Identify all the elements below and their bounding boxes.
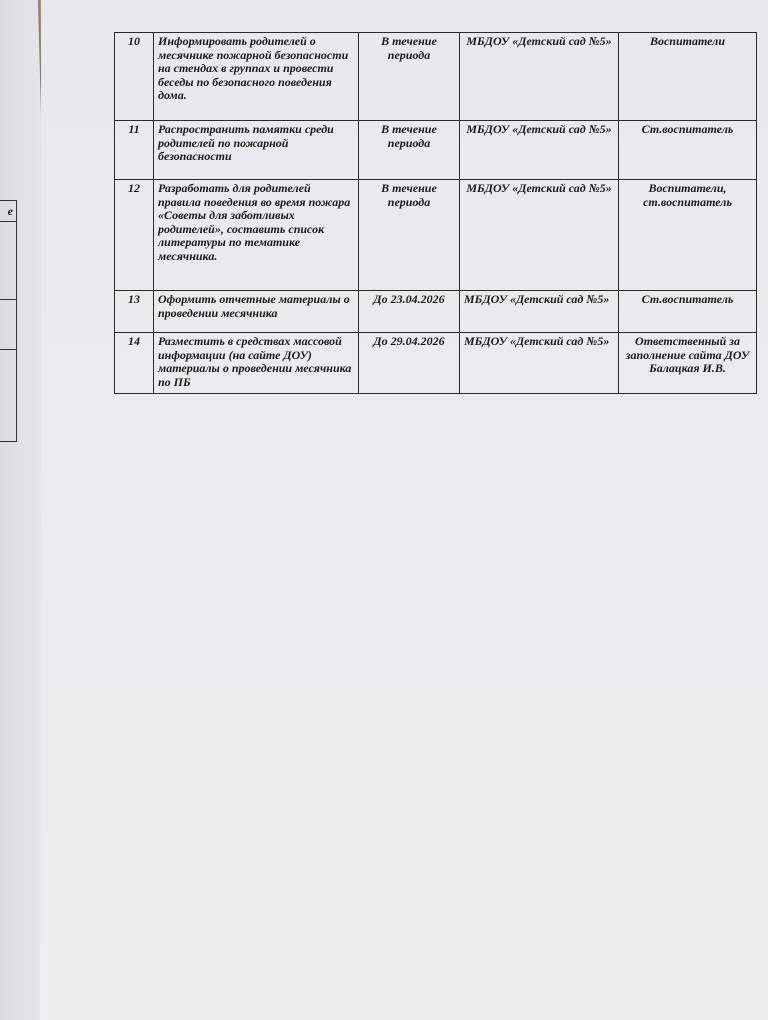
task-cell: Информировать родителей о месячнике пожа… — [154, 33, 359, 121]
responsible-cell: Ст.воспитатель — [619, 291, 757, 333]
term-cell: В течение периода — [359, 121, 460, 180]
term-cell: В течение периода — [359, 33, 460, 121]
place-cell: МБДОУ «Детский сад №5» — [460, 33, 619, 121]
adjacent-page: е — [0, 0, 40, 1020]
task-cell: Разместить в средствах массовой информац… — [154, 333, 359, 394]
row-number: 11 — [115, 121, 154, 180]
adjacent-page-table: е — [0, 200, 17, 442]
task-cell: Оформить отчетные материалы о проведении… — [154, 291, 359, 333]
table-row: 10 Информировать родителей о месячнике п… — [115, 33, 757, 121]
place-cell: МБДОУ «Детский сад №5» — [460, 180, 619, 291]
responsible-cell: Ответственный за заполнение сайта ДОУ Ба… — [619, 333, 757, 394]
table-row: 14 Разместить в средствах массовой инфор… — [115, 333, 757, 394]
place-cell: МБДОУ «Детский сад №5» — [460, 121, 619, 180]
responsible-cell: Воспитатели, ст.воспитатель — [619, 180, 757, 291]
term-cell: До 29.04.2026 — [359, 333, 460, 394]
place-cell: МБДОУ «Детский сад №5» — [460, 333, 619, 394]
row-number: 12 — [115, 180, 154, 291]
place-cell: МБДОУ «Детский сад №5» — [460, 291, 619, 333]
task-cell: Распространить памятки среди родителей п… — [154, 121, 359, 180]
event-plan-table: 10 Информировать родителей о месячнике п… — [114, 32, 757, 394]
responsible-cell: Воспитатели — [619, 33, 757, 121]
task-cell: Разработать для родителей правила поведе… — [154, 180, 359, 291]
adjacent-page-header-fragment: е — [0, 201, 16, 222]
table-row: 13 Оформить отчетные материалы о проведе… — [115, 291, 757, 333]
term-cell: В течение периода — [359, 180, 460, 291]
table-row: 11 Распространить памятки среди родителе… — [115, 121, 757, 180]
responsible-cell: Ст.воспитатель — [619, 121, 757, 180]
term-cell: До 23.04.2026 — [359, 291, 460, 333]
row-number: 13 — [115, 291, 154, 333]
row-number: 10 — [115, 33, 154, 121]
row-number: 14 — [115, 333, 154, 394]
table-row: 12 Разработать для родителей правила пов… — [115, 180, 757, 291]
